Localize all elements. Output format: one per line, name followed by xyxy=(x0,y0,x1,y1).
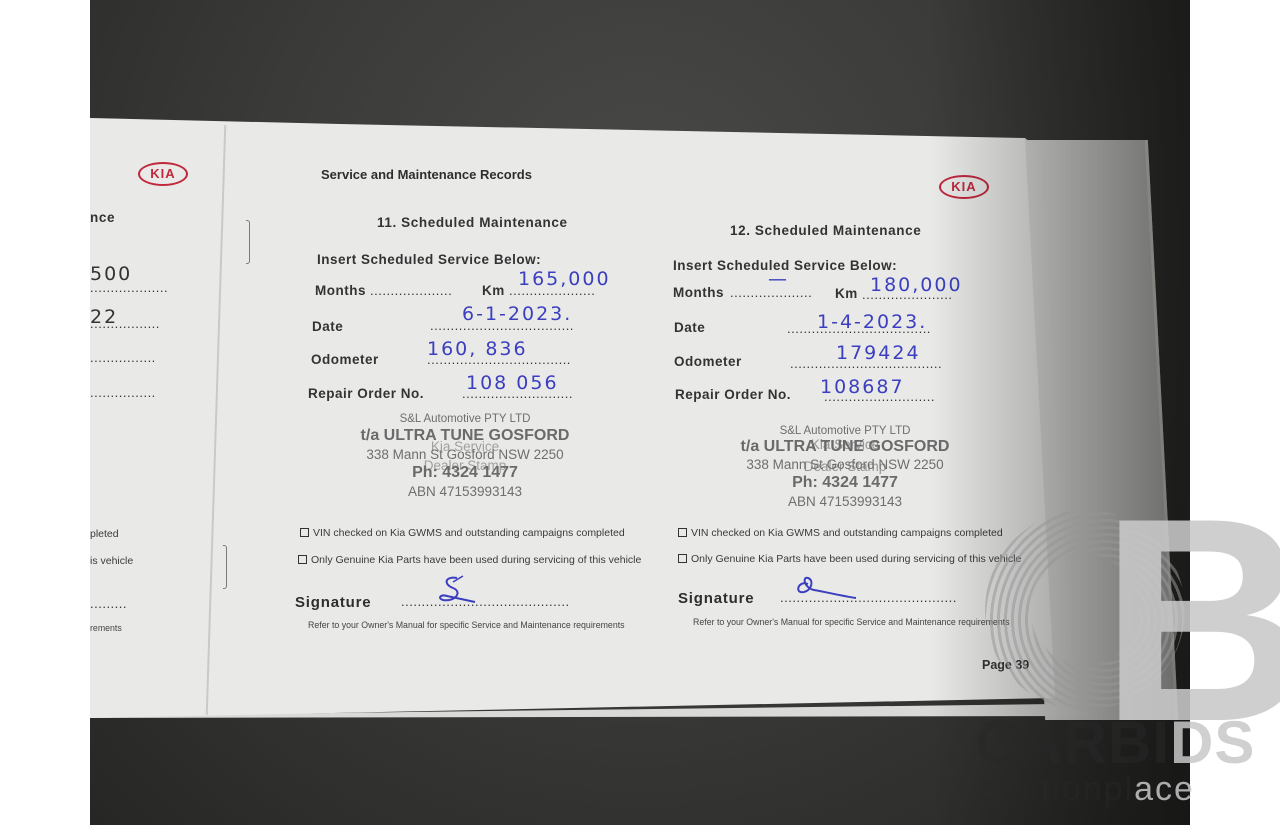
odometer-label: Odometer xyxy=(311,352,379,367)
stamp-company: S&L Automotive PTY LTD xyxy=(340,413,590,425)
record-title: 12. Scheduled Maintenance xyxy=(730,223,921,238)
signature-scribble xyxy=(435,574,485,608)
left-vin-fragment: pleted xyxy=(90,528,119,540)
left-dots-4: ................ xyxy=(90,385,156,400)
left-dots-1: ................... xyxy=(90,280,168,295)
stamp-underlay-line1: Kia Service xyxy=(340,439,590,454)
km-value: 165,000 xyxy=(518,268,611,290)
signature-label: Signature xyxy=(678,590,754,607)
checkbox-vin[interactable] xyxy=(678,528,687,537)
stamp-abn: ABN 47153993143 xyxy=(340,484,590,499)
signature-label: Signature xyxy=(295,594,371,611)
watermark-brand: CARBIDS xyxy=(975,708,1255,777)
odometer-value: 179424 xyxy=(836,342,921,364)
photo-background: KIA nce 500 ................... 22 .....… xyxy=(90,0,1190,825)
date-value: 1-4-2023. xyxy=(817,311,927,333)
checkbox-genuine-parts[interactable] xyxy=(678,554,687,563)
km-label: Km xyxy=(482,283,505,298)
record-title: 11. Scheduled Maintenance xyxy=(377,215,568,230)
left-dots-3: ................ xyxy=(90,350,156,365)
left-note-fragment: rements xyxy=(90,623,122,633)
checkbox-genuine-parts[interactable] xyxy=(298,555,307,564)
months-label: Months xyxy=(315,283,366,298)
watermark-logo-letter: B xyxy=(1100,500,1280,740)
checkbox-vin[interactable] xyxy=(300,528,309,537)
km-label: Km xyxy=(835,286,858,301)
date-value: 6-1-2023. xyxy=(462,303,572,325)
left-dots-2: ................. xyxy=(90,316,160,331)
date-label: Date xyxy=(674,320,705,335)
staple-top xyxy=(246,220,250,264)
date-label: Date xyxy=(312,319,343,334)
repair-order-label: Repair Order No. xyxy=(308,386,424,401)
months-dots: .................... xyxy=(370,283,452,298)
odometer-value: 160, 836 xyxy=(427,338,528,360)
signature-scribble xyxy=(790,574,860,604)
insert-label: Insert Scheduled Service Below: xyxy=(317,252,541,267)
left-heading-fragment: nce xyxy=(90,210,115,225)
repair-order-label: Repair Order No. xyxy=(675,387,791,402)
signature-dots: ........................................… xyxy=(401,594,570,609)
parts-checkbox-row[interactable]: Only Genuine Kia Parts have been used du… xyxy=(298,554,641,566)
footer-note: Refer to your Owner's Manual for specifi… xyxy=(308,620,625,630)
repair-order-value: 108687 xyxy=(820,376,905,398)
odometer-label: Odometer xyxy=(674,354,742,369)
page-title: Service and Maintenance Records xyxy=(321,167,532,182)
dealer-stamp: Kia Service Dealer Stamp S&L Automotive … xyxy=(340,413,590,499)
repair-order-value: 108 056 xyxy=(466,372,559,394)
stamp-underlay-line2: Dealer Stamp xyxy=(340,458,590,473)
vin-checkbox-row[interactable]: VIN checked on Kia GWMS and outstanding … xyxy=(300,527,625,539)
left-dots-5: ......... xyxy=(90,596,127,611)
kia-logo-left: KIA xyxy=(138,162,188,186)
left-parts-fragment: is vehicle xyxy=(90,555,133,567)
watermark-tagline: auctionplace xyxy=(980,770,1195,809)
months-label: Months xyxy=(673,285,724,300)
months-value: — xyxy=(768,268,789,290)
staple-bottom xyxy=(223,545,227,589)
